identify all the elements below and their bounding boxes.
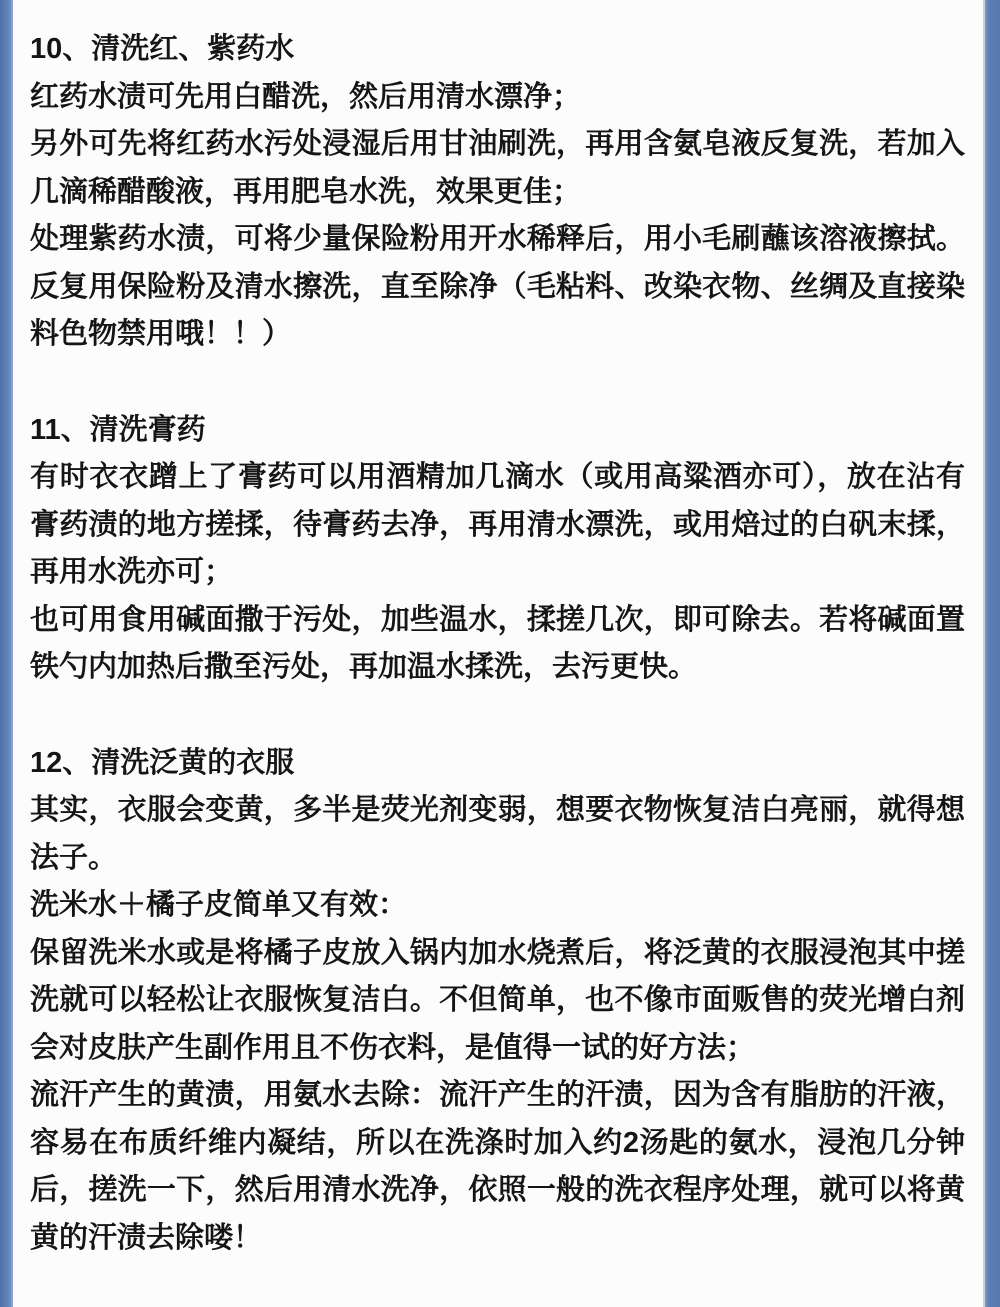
right-border-strip <box>983 0 1000 1307</box>
paragraph: 红药水渍可先用白醋洗，然后用清水漂净； <box>30 74 965 122</box>
section-11-plaster: 11、清洗膏药 有时衣衣蹭上了膏药可以用酒精加几滴水（或用高粱酒亦可），放在沾有… <box>30 407 965 692</box>
section-heading: 10、清洗红、紫药水 <box>30 26 965 74</box>
section-10-red-purple-medicine: 10、清洗红、紫药水 红药水渍可先用白醋洗，然后用清水漂净； 另外可先将红药水污… <box>30 26 965 359</box>
document-content: 10、清洗红、紫药水 红药水渍可先用白醋洗，然后用清水漂净； 另外可先将红药水污… <box>30 26 965 1262</box>
paragraph: 处理紫药水渍，可将少量保险粉用开水稀释后，用小毛刷蘸该溶液擦拭。反复用保险粉及清… <box>30 216 965 359</box>
paragraph: 洗米水＋橘子皮简单又有效： <box>30 882 965 930</box>
paragraph: 也可用食用碱面撒于污处，加些温水，揉搓几次，即可除去。若将碱面置铁勺内加热后撒至… <box>30 597 965 692</box>
paragraph: 另外可先将红药水污处浸湿后用甘油刷洗，再用含氨皂液反复洗，若加入几滴稀醋酸液，再… <box>30 121 965 216</box>
left-border-strip <box>0 0 13 1307</box>
paragraph: 其实，衣服会变黄，多半是荧光剂变弱，想要衣物恢复洁白亮丽，就得想法子。 <box>30 787 965 882</box>
paragraph: 保留洗米水或是将橘子皮放入锅内加水烧煮后，将泛黄的衣服浸泡其中搓洗就可以轻松让衣… <box>30 930 965 1073</box>
section-heading: 11、清洗膏药 <box>30 407 965 455</box>
section-heading: 12、清洗泛黄的衣服 <box>30 740 965 788</box>
paragraph: 有时衣衣蹭上了膏药可以用酒精加几滴水（或用高粱酒亦可），放在沾有膏药渍的地方搓揉… <box>30 454 965 597</box>
paragraph: 流汗产生的黄渍，用氨水去除：流汗产生的汗渍，因为含有脂肪的汗液，容易在布质纤维内… <box>30 1072 965 1262</box>
document-page: 10、清洗红、紫药水 红药水渍可先用白醋洗，然后用清水漂净； 另外可先将红药水污… <box>0 0 1000 1307</box>
section-12-yellowed-clothes: 12、清洗泛黄的衣服 其实，衣服会变黄，多半是荧光剂变弱，想要衣物恢复洁白亮丽，… <box>30 740 965 1263</box>
